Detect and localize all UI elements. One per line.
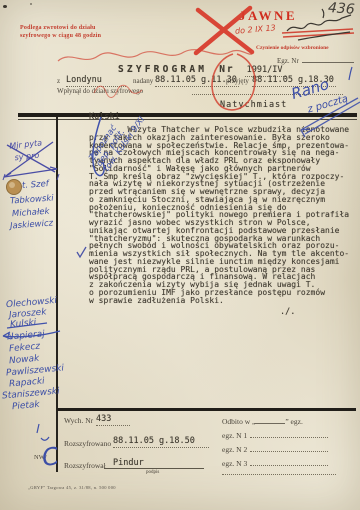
arrived-label: Wpłynął do działu szyfrowego [57,87,143,95]
egz-blank-line [302,55,354,63]
red-date-annotation: do 2 IX 13 [235,23,276,36]
crossed-note-line2: sy pro [14,149,44,164]
copy-line-2 [250,444,328,452]
priority: Natychmiast [220,100,287,110]
print-shop-info: „GRYF” Targowa 45, z. 31/88, n. 500 000 [28,485,116,490]
copy-row-2: egz. N 2 [222,444,328,454]
page-number-annotation: 436 [327,0,355,18]
message-body: Wizyta Thatcher w Polsce wzbudziła nieno… [89,126,357,304]
nr-label: Nr [219,64,234,75]
printed-label: Odbito w „ [222,417,255,426]
upper-name-2: Tabkowski [10,193,54,206]
check-mark [77,247,86,257]
decoded-label: Rozszyfrowano [64,439,111,448]
no-copies-notice: Czynienie odpisów wzbronione [256,45,329,51]
return-notice-line2: szyfrowego w ciągu 48 godzin [20,33,101,41]
nw-blue-marks [37,424,49,440]
szyfrogram-document: Podlega zwrotowi do działu szyfrowego w … [0,0,360,510]
document-title: SZYFROGRAM [118,64,207,75]
sent-label: nadany [133,77,153,85]
tick-marks [3,174,59,180]
upper-name-3: Michałek [12,207,50,220]
copy-line-blank [222,467,336,475]
printed-label-suffix: ” egz. [285,417,303,426]
header-rule [18,113,357,117]
copy-line-1 [250,430,328,438]
printed-copies-row: Odbito w „” egz. [222,416,303,426]
decoder-name: Pindur [113,458,144,468]
from-label: z [57,77,60,85]
signature-line [104,468,204,469]
decoder-label: Rozszyfrował [64,461,106,470]
hole-punch [7,180,22,195]
scan-speck [30,3,32,5]
upper-name-1: t. Szef [22,179,49,191]
copy-label-1: egz. N 1 [222,431,247,440]
wych-number: 433 [96,414,130,426]
lower-name-3: Kulski [10,318,37,330]
from-city: Londynu [66,75,126,87]
right-edge-tick [349,67,352,80]
header-rule-thin [18,119,357,120]
lower-name-10: Pietak [12,400,41,412]
footer-rule [57,408,356,411]
signature-caption: podpis [146,470,159,475]
return-notice-line1: Podlega zwrotowi do działu [20,25,101,33]
copies-blank [255,416,285,424]
received-label: przyjęty [226,77,249,85]
decoded-datetime: 88.11.05 g.18.50 [113,436,209,448]
margin-rule [56,117,58,472]
copy-label-2: egz. N 2 [222,445,247,454]
end-mark: ./. [280,307,295,317]
copy-row-1: egz. N 1 [222,430,328,440]
lower-name-6: Nowak [9,354,40,367]
egz-row: Egz. Nr [277,55,354,65]
wych-label: Wych. Nr [64,416,93,425]
lower-name-5: Fekecz [9,342,41,355]
jawne-stamp: JAWNE [239,8,297,24]
return-notice: Podlega zwrotowi do działu szyfrowego w … [20,25,101,40]
copy-line-3 [250,458,328,466]
upper-name-4: Jaskiewicz [10,219,54,232]
scan-speck [3,5,7,8]
crossed-out-note: Mjr pyta sy pro [9,137,44,164]
red-strikethrough [282,29,354,37]
